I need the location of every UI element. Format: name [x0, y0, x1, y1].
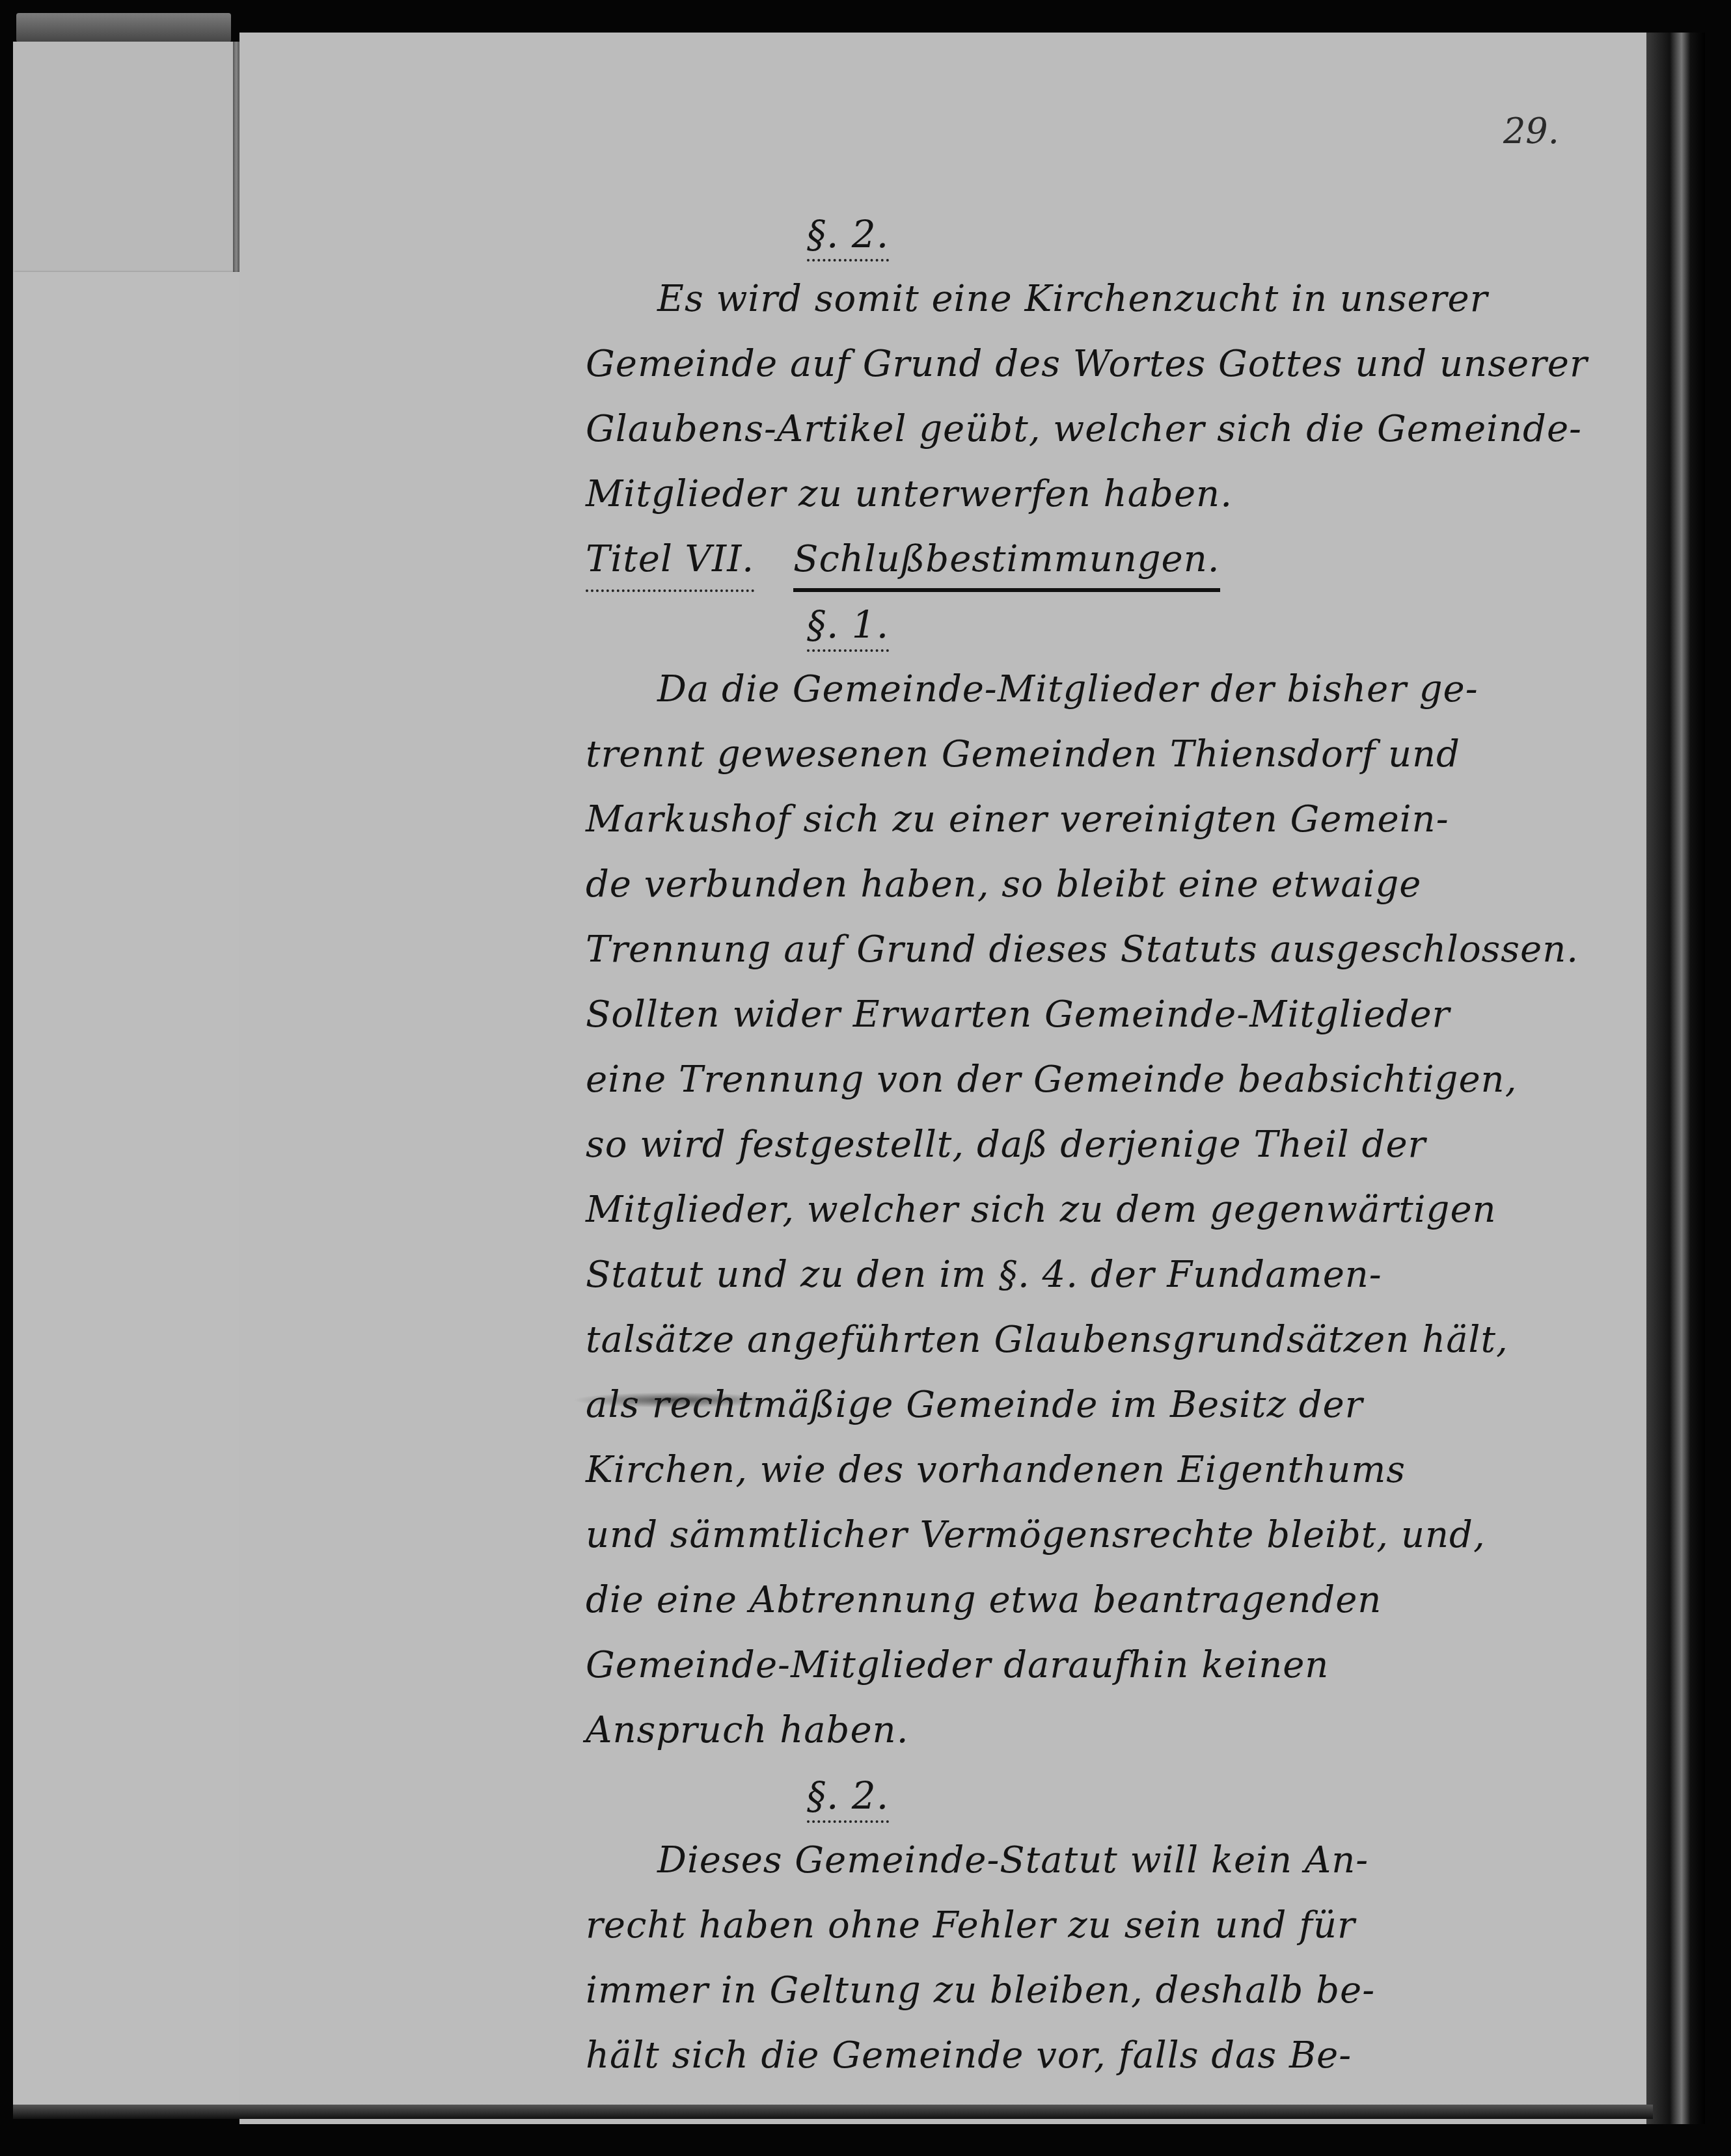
text-line: Gemeinde-Mitglieder daraufhin keinen	[586, 1633, 1646, 1698]
text-line: Kirchen, wie des vorhandenen Eigenthums	[586, 1438, 1646, 1503]
title-text: Schlußbestimmungen.	[793, 527, 1220, 592]
text-line: und sämmtlicher Vermögensrechte bleibt, …	[586, 1503, 1646, 1568]
page-number: 29.	[1503, 111, 1559, 152]
text-line: Mitglieder zu unterwerfen haben.	[586, 462, 1646, 527]
bottom-edge	[13, 2105, 1653, 2119]
text-line: Gemeinde auf Grund des Wortes Gottes und…	[586, 332, 1646, 397]
text-line: Trennung auf Grund dieses Statuts ausges…	[586, 917, 1646, 982]
inserted-paper-slip	[13, 272, 268, 2107]
text-line: Markushof sich zu einer vereinigten Geme…	[586, 787, 1646, 852]
text-line: eine Trennung von der Gemeinde beabsicht…	[586, 1047, 1646, 1112]
manuscript-text: §. 2. Es wird somit eine Kirchenzucht in…	[586, 202, 1646, 2088]
text-line: Glaubens-Artikel geübt, welcher sich die…	[586, 397, 1646, 462]
text-line: als rechtmäßige Gemeinde im Besitz der	[586, 1373, 1646, 1438]
text-line: immer in Geltung zu bleiben, deshalb be-	[586, 1958, 1646, 2023]
page-edge	[1646, 33, 1705, 2124]
section-heading: §. 1.	[586, 592, 1646, 657]
text-line: hält sich die Gemeinde vor, falls das Be…	[586, 2023, 1646, 2088]
section-heading: §. 2.	[586, 202, 1646, 267]
text-line: Mitglieder, welcher sich zu dem gegenwär…	[586, 1178, 1646, 1243]
text-line: Da die Gemeinde-Mitglieder der bisher ge…	[586, 657, 1646, 722]
text-line: talsätze angeführten Glaubensgrundsätzen…	[586, 1308, 1646, 1373]
title-label: Titel VII.	[586, 527, 754, 592]
text-line: Es wird somit eine Kirchenzucht in unser…	[586, 267, 1646, 332]
text-line: trennt gewesenen Gemeinden Thiensdorf un…	[586, 722, 1646, 787]
text-line: Sollten wider Erwarten Gemeinde-Mitglied…	[586, 982, 1646, 1047]
section-heading: §. 2.	[586, 1763, 1646, 1828]
text-line: Statut und zu den im §. 4. der Fundamen-	[586, 1243, 1646, 1308]
title-heading: Titel VII. Schlußbestimmungen.	[586, 527, 1646, 592]
binding-strip	[16, 13, 231, 42]
text-line: recht haben ohne Fehler zu sein und für	[586, 1893, 1646, 1958]
text-line: die eine Abtrennung etwa beantragenden	[586, 1568, 1646, 1633]
text-line: Anspruch haben.	[586, 1698, 1646, 1763]
text-line: so wird festgestellt, daß derjenige Thei…	[586, 1112, 1646, 1178]
text-line: de verbunden haben, so bleibt eine etwai…	[586, 852, 1646, 917]
text-line: Dieses Gemeinde-Statut will kein An-	[586, 1828, 1646, 1893]
